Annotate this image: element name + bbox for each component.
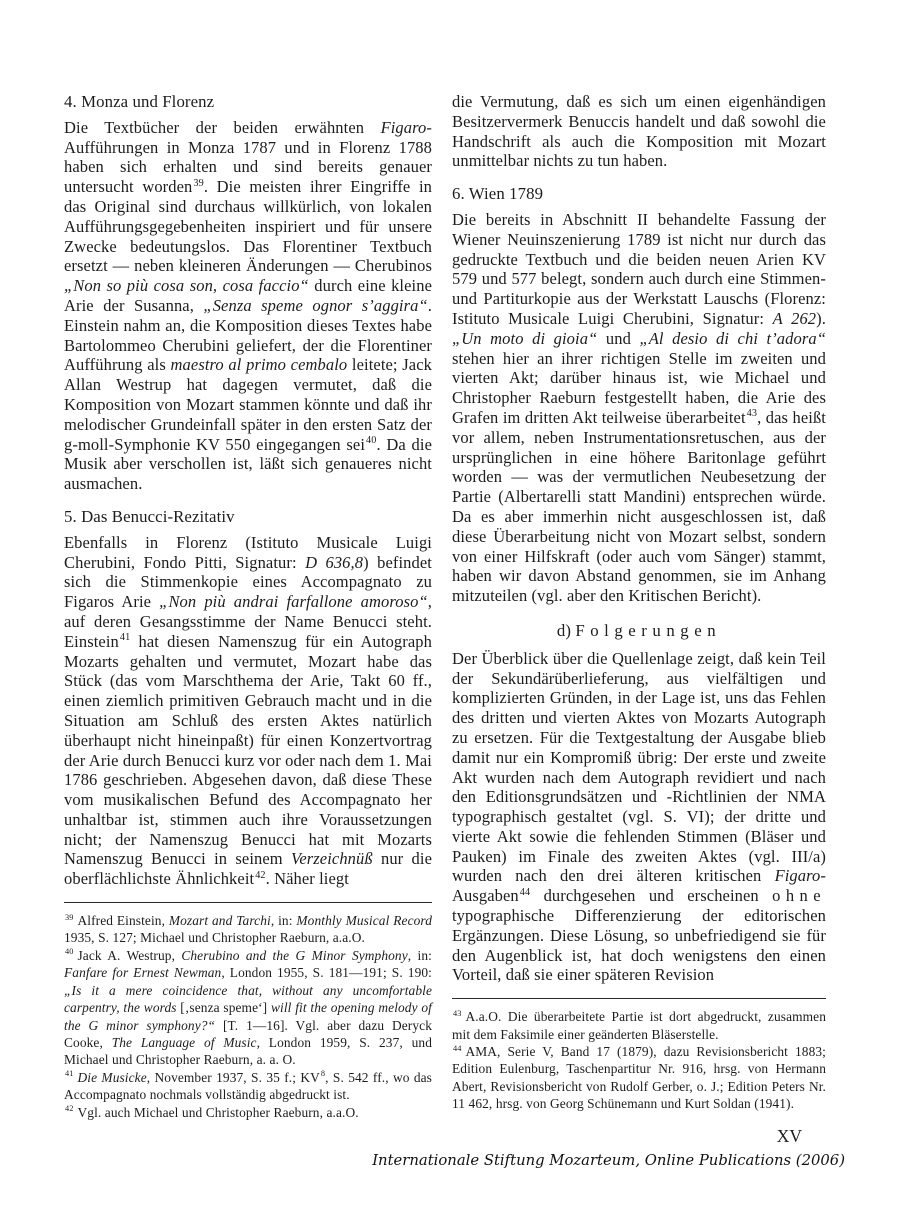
footnote-text: Vgl. auch Michael und Christopher Raebur…	[78, 1105, 359, 1120]
footnote-marker: 40	[64, 947, 78, 956]
footnote-item: 40Jack A. Westrup, Cherubino and the G M…	[64, 947, 432, 1069]
footnote-text: AMA, Serie V, Band 17 (1879), dazu Revis…	[452, 1044, 826, 1111]
paragraph-benucci-rezitativ: Ebenfalls in Florenz (Istituto Musicale …	[64, 533, 432, 889]
paragraph-monza-florenz: Die Textbücher der beiden erwähnten Figa…	[64, 118, 432, 494]
footnote-block-right: 43A.a.O. Die überarbeitete Partie ist do…	[452, 998, 826, 1112]
footnote-text: Die Musicke, November 1937, S. 35 f.; KV…	[64, 1070, 432, 1102]
footnote-marker: 43	[452, 1009, 466, 1018]
document-page: 4. Monza und Florenz Die Textbücher der …	[0, 0, 900, 1222]
footnote-item: 41Die Musicke, November 1937, S. 35 f.; …	[64, 1069, 432, 1104]
footer-credit: Internationale Stiftung Mozarteum, Onlin…	[372, 1152, 845, 1169]
section-heading-folgerungen: d) Folgerungen	[452, 621, 826, 641]
footnote-item: 39Alfred Einstein, Mozart and Tarchi, in…	[64, 912, 432, 947]
section-heading-wien-1789: 6. Wien 1789	[452, 184, 826, 204]
page-number: XV	[777, 1126, 802, 1147]
footnote-text: Alfred Einstein, Mozart and Tarchi, in: …	[64, 913, 432, 945]
footnote-item: 43A.a.O. Die überarbeitete Partie ist do…	[452, 1008, 826, 1043]
paragraph-benucci-continuation: die Vermutung, daß es sich um einen eige…	[452, 92, 826, 171]
footnote-marker: 44	[452, 1044, 466, 1053]
footnote-marker: 39	[64, 913, 78, 922]
footnote-item: 44AMA, Serie V, Band 17 (1879), dazu Rev…	[452, 1043, 826, 1113]
footnote-text: A.a.O. Die überarbeitete Partie ist dort…	[452, 1009, 826, 1041]
footnote-marker: 41	[64, 1069, 78, 1078]
section-heading-monza-florenz: 4. Monza und Florenz	[64, 92, 432, 112]
footnote-item: 42Vgl. auch Michael und Christopher Raeb…	[64, 1104, 432, 1121]
left-column: 4. Monza und Florenz Die Textbücher der …	[64, 92, 432, 1121]
section-heading-benucci-rezitativ: 5. Das Benucci-Rezitativ	[64, 507, 432, 527]
paragraph-wien-1789: Die bereits in Abschnitt II behandelte F…	[452, 210, 826, 606]
footnote-marker: 42	[64, 1104, 78, 1113]
right-column: die Vermutung, daß es sich um einen eige…	[452, 92, 826, 1113]
paragraph-folgerungen: Der Überblick über die Quellenlage zeigt…	[452, 649, 826, 986]
footnote-block-left: 39Alfred Einstein, Mozart and Tarchi, in…	[64, 902, 432, 1121]
footnote-text: Jack A. Westrup, Cherubino and the G Min…	[64, 948, 432, 1067]
